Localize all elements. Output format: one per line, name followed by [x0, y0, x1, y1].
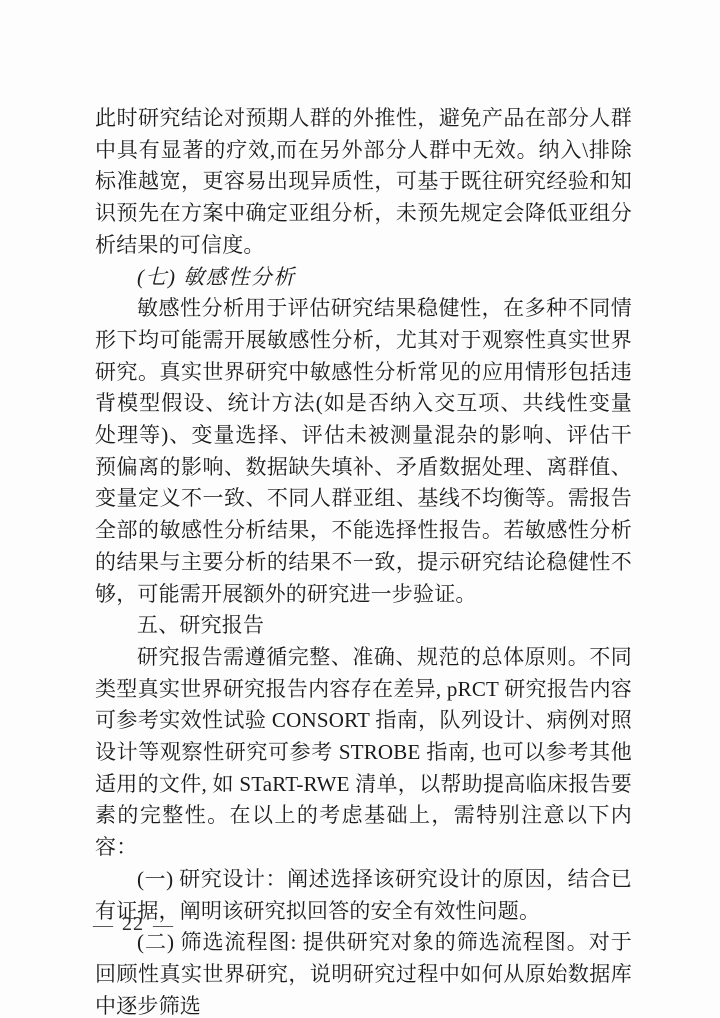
page-footer: — 22 — [93, 913, 173, 936]
footer-left-dash: — [93, 915, 113, 935]
paragraph-sensitivity-analysis-body: 敏感性分析用于评估研究结果稳健性，在多种不同情形下均可能需开展敏感性分析，尤其对… [95, 293, 632, 610]
paragraph-item-study-design: (一) 研究设计：阐述选择该研究设计的原因，结合已有证据，阐明该研究拟回答的安全… [95, 864, 632, 927]
paragraph-item-screening-flowchart: (二) 筛选流程图: 提供研究对象的筛选流程图。对于回顾性真实世界研究，说明研究… [95, 927, 632, 1018]
paragraph-research-report-body: 研究报告需遵循完整、准确、规范的总体原则。不同类型真实世界研究报告内容存在差异,… [95, 642, 632, 864]
page-number: 22 [122, 913, 144, 936]
section-heading-research-report: 五、研究报告 [95, 610, 632, 642]
paragraph-subgroup-analysis: 此时研究结论对预期人群的外推性，避免产品在部分人群中具有显著的疗效,而在另外部分… [95, 103, 632, 262]
document-page: 此时研究结论对预期人群的外推性，避免产品在部分人群中具有显著的疗效,而在另外部分… [0, 0, 720, 1018]
page-text-content: 此时研究结论对预期人群的外推性，避免产品在部分人群中具有显著的疗效,而在另外部分… [95, 103, 632, 1018]
footer-right-dash: — [153, 915, 173, 935]
section-heading-sensitivity-analysis: (七) 敏感性分析 [95, 262, 632, 294]
